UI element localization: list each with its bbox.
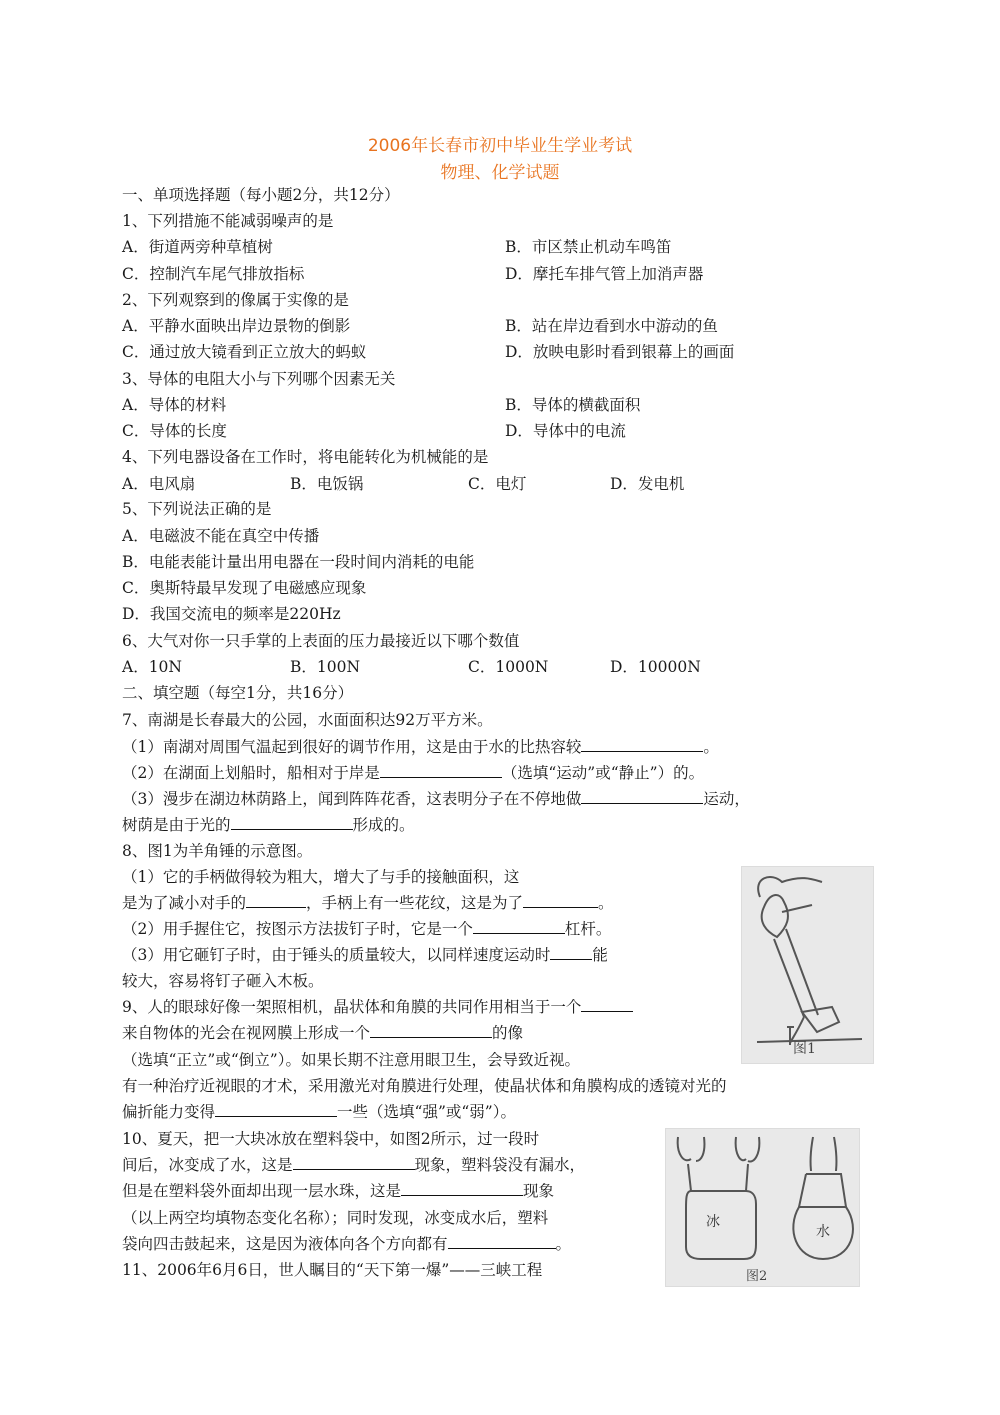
q8-part3-cont: 较大，容易将钉子砸入木板。 [122, 971, 324, 991]
q3-option-d: D．导体中的电流 [505, 421, 626, 441]
q9-text: 9、人的眼球好像一架照相机，晶状体和角膜的共同作用相当于一个 [122, 998, 581, 1016]
q10-text: 袋向四击鼓起来，这是因为液体向各个方向都有 [122, 1235, 448, 1253]
q2-option-a: A．平静水面映出岸边景物的倒影 [122, 316, 350, 336]
q7-part2: （2）在湖面上划船时，船相对于岸是（选填“运动”或“静止”）的。 [122, 763, 704, 783]
q10-line4: （以上两空均填物态变化名称）；同时发现，冰变成水后，塑料 [122, 1208, 548, 1228]
q10-text: 现象，塑料袋没有漏水， [415, 1156, 586, 1174]
q8-part1-cont: 是为了减小对手的，手柄上有一些花纹，这是为了。 [122, 893, 614, 913]
q1-option-c: C．控制汽车尾气排放指标 [122, 264, 304, 284]
q7-part4-end: 形成的。 [353, 816, 415, 834]
q9-line1: 9、人的眼球好像一架照相机，晶状体和角膜的共同作用相当于一个 [122, 997, 633, 1017]
q4-option-a: A．电风扇 [122, 474, 195, 494]
q7-part1-end: 。 [703, 738, 719, 756]
section2-heading: 二、填空题（每空1分，共16分） [122, 683, 353, 703]
q8-text: 是为了减小对手的 [122, 894, 246, 912]
q8-text: 杠杆。 [565, 920, 612, 938]
answer-blank[interactable] [523, 893, 598, 908]
q7-stem: 7、南湖是长春最大的公园，水面面积达92万平方米。 [122, 710, 493, 730]
q9-text: 偏折能力变得 [122, 1103, 215, 1121]
q9-text: 的像 [492, 1024, 523, 1042]
q6-stem: 6、大气对你一只手掌的上表面的压力最接近以下哪个数值 [122, 631, 519, 651]
q10-text: 但是在塑料袋外面却出现一层水珠，这是 [122, 1182, 401, 1200]
figure-1-caption-text: 图1 [793, 1038, 816, 1058]
q10-text: 。 [556, 1235, 572, 1253]
q4-stem: 4、下列电器设备在工作时，将电能转化为机械能的是 [122, 447, 488, 467]
answer-blank[interactable] [401, 1181, 523, 1196]
claw-hammer-illustration-icon [742, 867, 873, 1063]
q5-option-d: D．我国交流电的频率是220Hz [122, 604, 341, 624]
q8-part2: （2）用手握住它，按图示方法拔钉子时，它是一个杠杆。 [122, 919, 611, 939]
q3-option-b: B．导体的横截面积 [505, 395, 640, 415]
q9-text: 一些（选填“强”或“弱”）。 [337, 1103, 516, 1121]
q6-option-a: A．10N [122, 657, 182, 677]
q10-text: 现象 [523, 1182, 554, 1200]
q10-line1: 10、夏天，把一大块冰放在塑料袋中，如图2所示，过一段时 [122, 1129, 539, 1149]
figure-2-plastic-bags: 冰 水 图2 [665, 1128, 860, 1287]
section1-heading: 一、单项选择题（每小题2分，共12分） [122, 185, 400, 205]
q7-part3-end: 运动， [703, 790, 750, 808]
q8-text: 能 [592, 946, 608, 964]
answer-blank[interactable] [293, 1155, 415, 1170]
q1-option-b: B．市区禁止机动车鸣笛 [505, 237, 671, 257]
answer-blank[interactable] [380, 763, 502, 778]
q6-option-b: B．100N [290, 657, 360, 677]
q1-option-d: D．摩托车排气管上加消声器 [505, 264, 703, 284]
q7-part4-text: 树荫是由于光的 [122, 816, 231, 834]
q5-option-a: A．电磁波不能在真空中传播 [122, 526, 319, 546]
q5-option-c: C．奥斯特最早发现了电磁感应现象 [122, 578, 366, 598]
answer-blank[interactable] [448, 1234, 556, 1249]
q5-stem: 5、下列说法正确的是 [122, 499, 271, 519]
answer-blank[interactable] [581, 789, 703, 804]
q10-text: 间后，冰变成了水，这是 [122, 1156, 293, 1174]
answer-blank[interactable] [231, 815, 353, 830]
water-label: 水 [816, 1221, 830, 1241]
q9-line4: 有一种治疗近视眼的才术，采用激光对角膜进行处理，使晶状体和角膜构成的透镜对光的 [122, 1076, 727, 1096]
q1-option-a: A．街道两旁种草植树 [122, 237, 273, 257]
q2-stem: 2、下列观察到的像属于实像的是 [122, 290, 349, 310]
q7-part2-end: （选填“运动”或“静止”）的。 [502, 764, 704, 782]
q7-part1: （1）南湖对周围气温起到很好的调节作用，这是由于水的比热容较。 [122, 737, 719, 757]
q9-line5: 偏折能力变得一些（选填“强”或“弱”）。 [122, 1102, 516, 1122]
answer-blank[interactable] [473, 919, 565, 934]
q8-text: ，手柄上有一些花纹，这是为了 [306, 894, 523, 912]
q1-stem: 1、下列措施不能减弱噪声的是 [122, 211, 333, 231]
q2-option-b: B．站在岸边看到水中游动的鱼 [505, 316, 718, 336]
q9-line2: 来自物体的光会在视网膜上形成一个的像 [122, 1023, 523, 1043]
q8-text: （2）用手握住它，按图示方法拔钉子时，它是一个 [122, 920, 473, 938]
q11-line1: 11、2006年6月6日，世人瞩目的“天下第一爆”——三峡工程 [122, 1260, 542, 1280]
answer-blank[interactable] [370, 1023, 492, 1038]
exam-subtitle: 物理、化学试题 [0, 158, 1000, 183]
q2-option-d: D．放映电影时看到银幕上的画面 [505, 342, 734, 362]
q8-part3: （3）用它砸钉子时，由于锤头的质量较大，以同样速度运动时能 [122, 945, 608, 965]
q9-line3: （选填“正立”或“倒立”）。如果长期不注意用眼卫生，会导致近视。 [122, 1050, 580, 1070]
answer-blank[interactable] [581, 997, 633, 1012]
q3-option-c: C．导体的长度 [122, 421, 227, 441]
q8-part1: （1）它的手柄做得较为粗大，增大了与手的接触面积，这 [122, 867, 519, 887]
q8-stem: 8、图1为羊角锤的示意图。 [122, 841, 312, 861]
answer-blank[interactable] [246, 893, 306, 908]
q9-text: 来自物体的光会在视网膜上形成一个 [122, 1024, 370, 1042]
q4-option-d: D．发电机 [610, 474, 684, 494]
q6-option-c: C．1000N [468, 657, 548, 677]
q7-part4: 树荫是由于光的形成的。 [122, 815, 415, 835]
q10-line2: 间后，冰变成了水，这是现象，塑料袋没有漏水， [122, 1155, 585, 1175]
q7-part2-text: （2）在湖面上划船时，船相对于岸是 [122, 764, 380, 782]
q8-text: 。 [598, 894, 614, 912]
answer-blank[interactable] [581, 737, 703, 752]
q7-part1-text: （1）南湖对周围气温起到很好的调节作用，这是由于水的比热容较 [122, 738, 581, 756]
q3-stem: 3、导体的电阻大小与下列哪个因素无关 [122, 369, 395, 389]
ice-label: 冰 [706, 1211, 720, 1231]
q8-text: （3）用它砸钉子时，由于锤头的质量较大，以同样速度运动时 [122, 946, 550, 964]
q10-line3: 但是在塑料袋外面却出现一层水珠，这是现象 [122, 1181, 554, 1201]
q2-option-c: C．通过放大镜看到正立放大的蚂蚁 [122, 342, 366, 362]
q4-option-b: B．电饭锅 [290, 474, 363, 494]
q7-part3-text: （3）漫步在湖边林荫路上，闻到阵阵花香，这表明分子在不停地做 [122, 790, 581, 808]
answer-blank[interactable] [550, 945, 592, 960]
q6-option-d: D．10000N [610, 657, 701, 677]
figure-1-claw-hammer [741, 866, 874, 1064]
q4-option-c: C．电灯 [468, 474, 526, 494]
plastic-bags-illustration-icon [666, 1129, 859, 1286]
figure-2-caption: 图2 [746, 1265, 767, 1284]
q5-option-b: B．电能表能计量出用电器在一段时间内消耗的电能 [122, 552, 474, 572]
exam-title: 2006年长春市初中毕业生学业考试 [0, 131, 1000, 156]
q3-option-a: A．导体的材料 [122, 395, 226, 415]
q7-part3: （3）漫步在湖边林荫路上，闻到阵阵花香，这表明分子在不停地做运动， [122, 789, 750, 809]
answer-blank[interactable] [215, 1102, 337, 1117]
q10-line5: 袋向四击鼓起来，这是因为液体向各个方向都有。 [122, 1234, 571, 1254]
